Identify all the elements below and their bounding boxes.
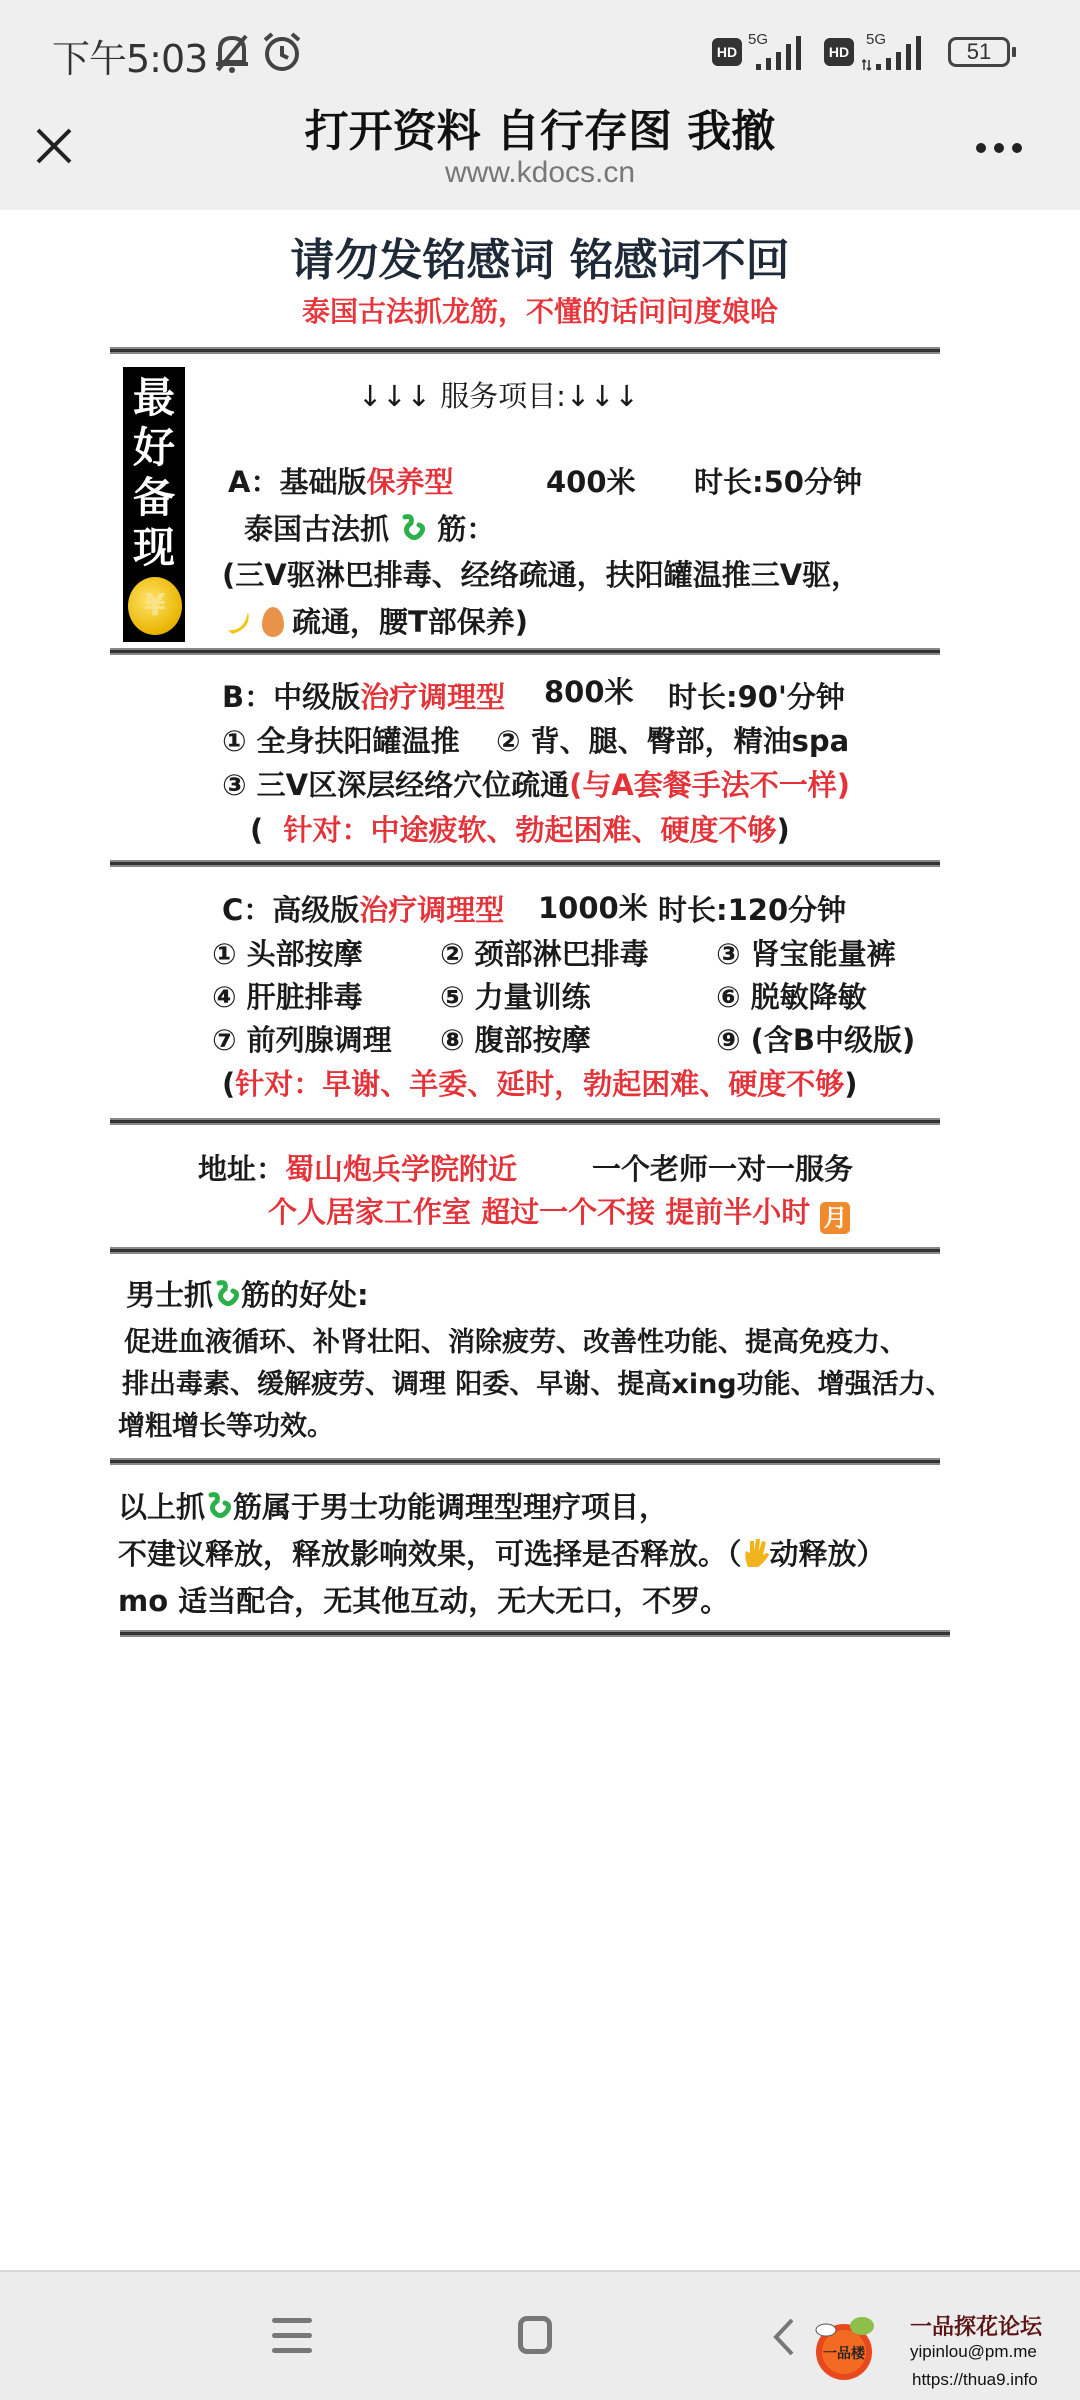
address-label: 地址：: [198, 1152, 285, 1186]
address-line1: 地址：蜀山炮兵学院附近: [198, 1147, 517, 1188]
package-c-type: 治疗调理型: [359, 893, 504, 927]
package-b-type: 治疗调理型: [360, 680, 505, 714]
svg-text:一品楼: 一品楼: [823, 2345, 866, 2362]
package-a-duration: 时长:50分钟: [694, 460, 862, 501]
watermark-email: yipinlou@pm.me: [910, 2342, 1037, 2362]
forum-logo-icon: 一品楼: [812, 2314, 880, 2382]
package-b-price: 800米: [544, 670, 634, 711]
cash-badge: 最好备现 ¥: [123, 367, 185, 642]
package-b-duration: 时长:90'分钟: [668, 675, 845, 716]
package-c-header: C：高级版治疗调理型: [222, 888, 504, 929]
package-c-target: (针对：早谢、羊委、延时，勃起困难、硬度不够): [222, 1062, 858, 1103]
package-c-item: ② 颈部淋巴排毒: [440, 932, 649, 973]
more-icon[interactable]: [976, 138, 1036, 158]
dragon-icon: [399, 513, 427, 543]
address-location: 蜀山炮兵学院附近: [285, 1152, 517, 1186]
coin-icon: ¥: [128, 577, 182, 635]
bell-off-icon: [212, 30, 252, 74]
address-line2: 个人居家工作室 超过一个不接 提前半小时 月: [268, 1190, 850, 1234]
package-c-item: ① 头部按摩: [212, 932, 363, 973]
document-title: 请勿发铭感词 铭感词不回: [0, 224, 1080, 288]
package-b-header: B：中级版治疗调理型: [222, 675, 505, 716]
package-a-type: 保养型: [366, 465, 453, 499]
system-nav-bar: 一品楼 一品探花论坛 yipinlou@pm.me https://thua9.…: [0, 2270, 1080, 2400]
package-b-target: ( 针对：中途疲软、勃起困难、硬度不够): [250, 808, 790, 849]
notes-line1: 以上抓筋属于男士功能调理型理疗项目，: [118, 1485, 668, 1526]
services-heading: ↓↓↓ 服务项目:↓↓↓: [358, 374, 639, 415]
benefits-line2: 排出毒素、缓解疲劳、调理 阳委、早谢、提高xing功能、增强活力、: [122, 1362, 953, 1401]
notes-line2: 不建议释放，释放影响效果，可选择是否释放。（动释放）: [118, 1532, 886, 1573]
5g-signal-icon: 5G: [748, 30, 814, 72]
divider: [110, 347, 940, 354]
dragon-icon: [205, 1491, 233, 1521]
package-c-price: 1000米: [538, 886, 648, 927]
hand-icon: [742, 1537, 770, 1569]
divider: [110, 1118, 940, 1125]
package-c-item: ⑦ 前列腺调理: [212, 1018, 392, 1059]
package-b-item3: ③ 三V区深层经络穴位疏通(与A套餐手法不一样): [222, 763, 850, 804]
menu-icon[interactable]: [272, 2318, 312, 2363]
divider: [110, 860, 940, 867]
status-time: 下午5:03: [52, 28, 207, 83]
dragon-icon: [213, 1279, 241, 1309]
battery-icon: 51: [948, 37, 1010, 67]
divider: [110, 1458, 940, 1465]
moon-icon: 月: [820, 1202, 850, 1234]
package-b-item2: ② 背、腿、臀部，精油spa: [496, 719, 849, 760]
divider: [110, 648, 940, 655]
alarm-icon: [260, 30, 304, 74]
package-a-price: 400米: [546, 460, 636, 501]
package-c-item: ⑨ (含B中级版): [716, 1018, 915, 1059]
page-title: 打开资料 自行存图 我撤: [0, 100, 1080, 164]
badge-text: 最好备现: [123, 373, 185, 573]
package-c-item: ⑧ 腹部按摩: [440, 1018, 591, 1059]
divider: [120, 1630, 950, 1637]
package-a-line2: 泰国古法抓 筋：: [244, 507, 495, 548]
benefits-line3: 增粗增长等功效。: [118, 1404, 334, 1443]
status-bar: 下午5:03 HD 5G HD 5G 51: [0, 0, 1080, 100]
divider: [110, 1247, 940, 1254]
package-a-header: A：基础版保养型: [228, 460, 453, 501]
benefits-line1: 促进血液循环、补肾壮阳、消除疲劳、改善性功能、提高免疫力、: [124, 1320, 907, 1359]
address-service: 一个老师一对一服务: [592, 1147, 853, 1188]
document-subtitle: 泰国古法抓龙筋，不懂的话问问度娘哈: [0, 290, 1080, 330]
browser-header: 打开资料 自行存图 我撤 www.kdocs.cn: [0, 100, 1080, 210]
notes-line3: mo 适当配合，无其他互动，无大无口，不罗。: [118, 1579, 729, 1620]
home-icon[interactable]: [518, 2316, 552, 2354]
package-c-item: ⑤ 力量训练: [440, 975, 591, 1016]
package-b-item3-note: (与A套餐手法不一样): [569, 768, 850, 802]
package-a-line3: (三V驱淋巴排毒、经络疏通，扶阳罐温推三V驱，: [222, 553, 860, 594]
5g-signal-icon: 5G: [862, 30, 934, 72]
package-c-item: ④ 肝脏排毒: [212, 975, 363, 1016]
watermark-title: 一品探花论坛: [910, 2310, 1042, 2341]
banana-icon: [224, 606, 254, 636]
page-url: www.kdocs.cn: [0, 156, 1080, 190]
package-a-line4: 疏通，腰T部保养): [224, 600, 528, 641]
hd-icon: HD: [712, 38, 742, 66]
benefits-heading: 男士抓筋的好处:: [126, 1273, 369, 1314]
back-icon[interactable]: [768, 2316, 798, 2358]
svg-text:5G: 5G: [866, 31, 886, 48]
package-c-duration: 时长:120分钟: [658, 888, 846, 929]
package-c-item: ③ 肾宝能量裤: [716, 932, 896, 973]
watermark-url: https://thua9.info: [912, 2370, 1038, 2390]
package-b-item1: ① 全身扶阳罐温推: [222, 719, 460, 760]
document-image: 请勿发铭感词 铭感词不回 泰国古法抓龙筋，不懂的话问问度娘哈 最好备现 ¥ ↓↓…: [0, 210, 1080, 2270]
svg-text:5G: 5G: [748, 31, 768, 48]
hd-icon: HD: [824, 38, 854, 66]
package-c-item: ⑥ 脱敏降敏: [716, 975, 867, 1016]
egg-icon: [262, 607, 284, 637]
